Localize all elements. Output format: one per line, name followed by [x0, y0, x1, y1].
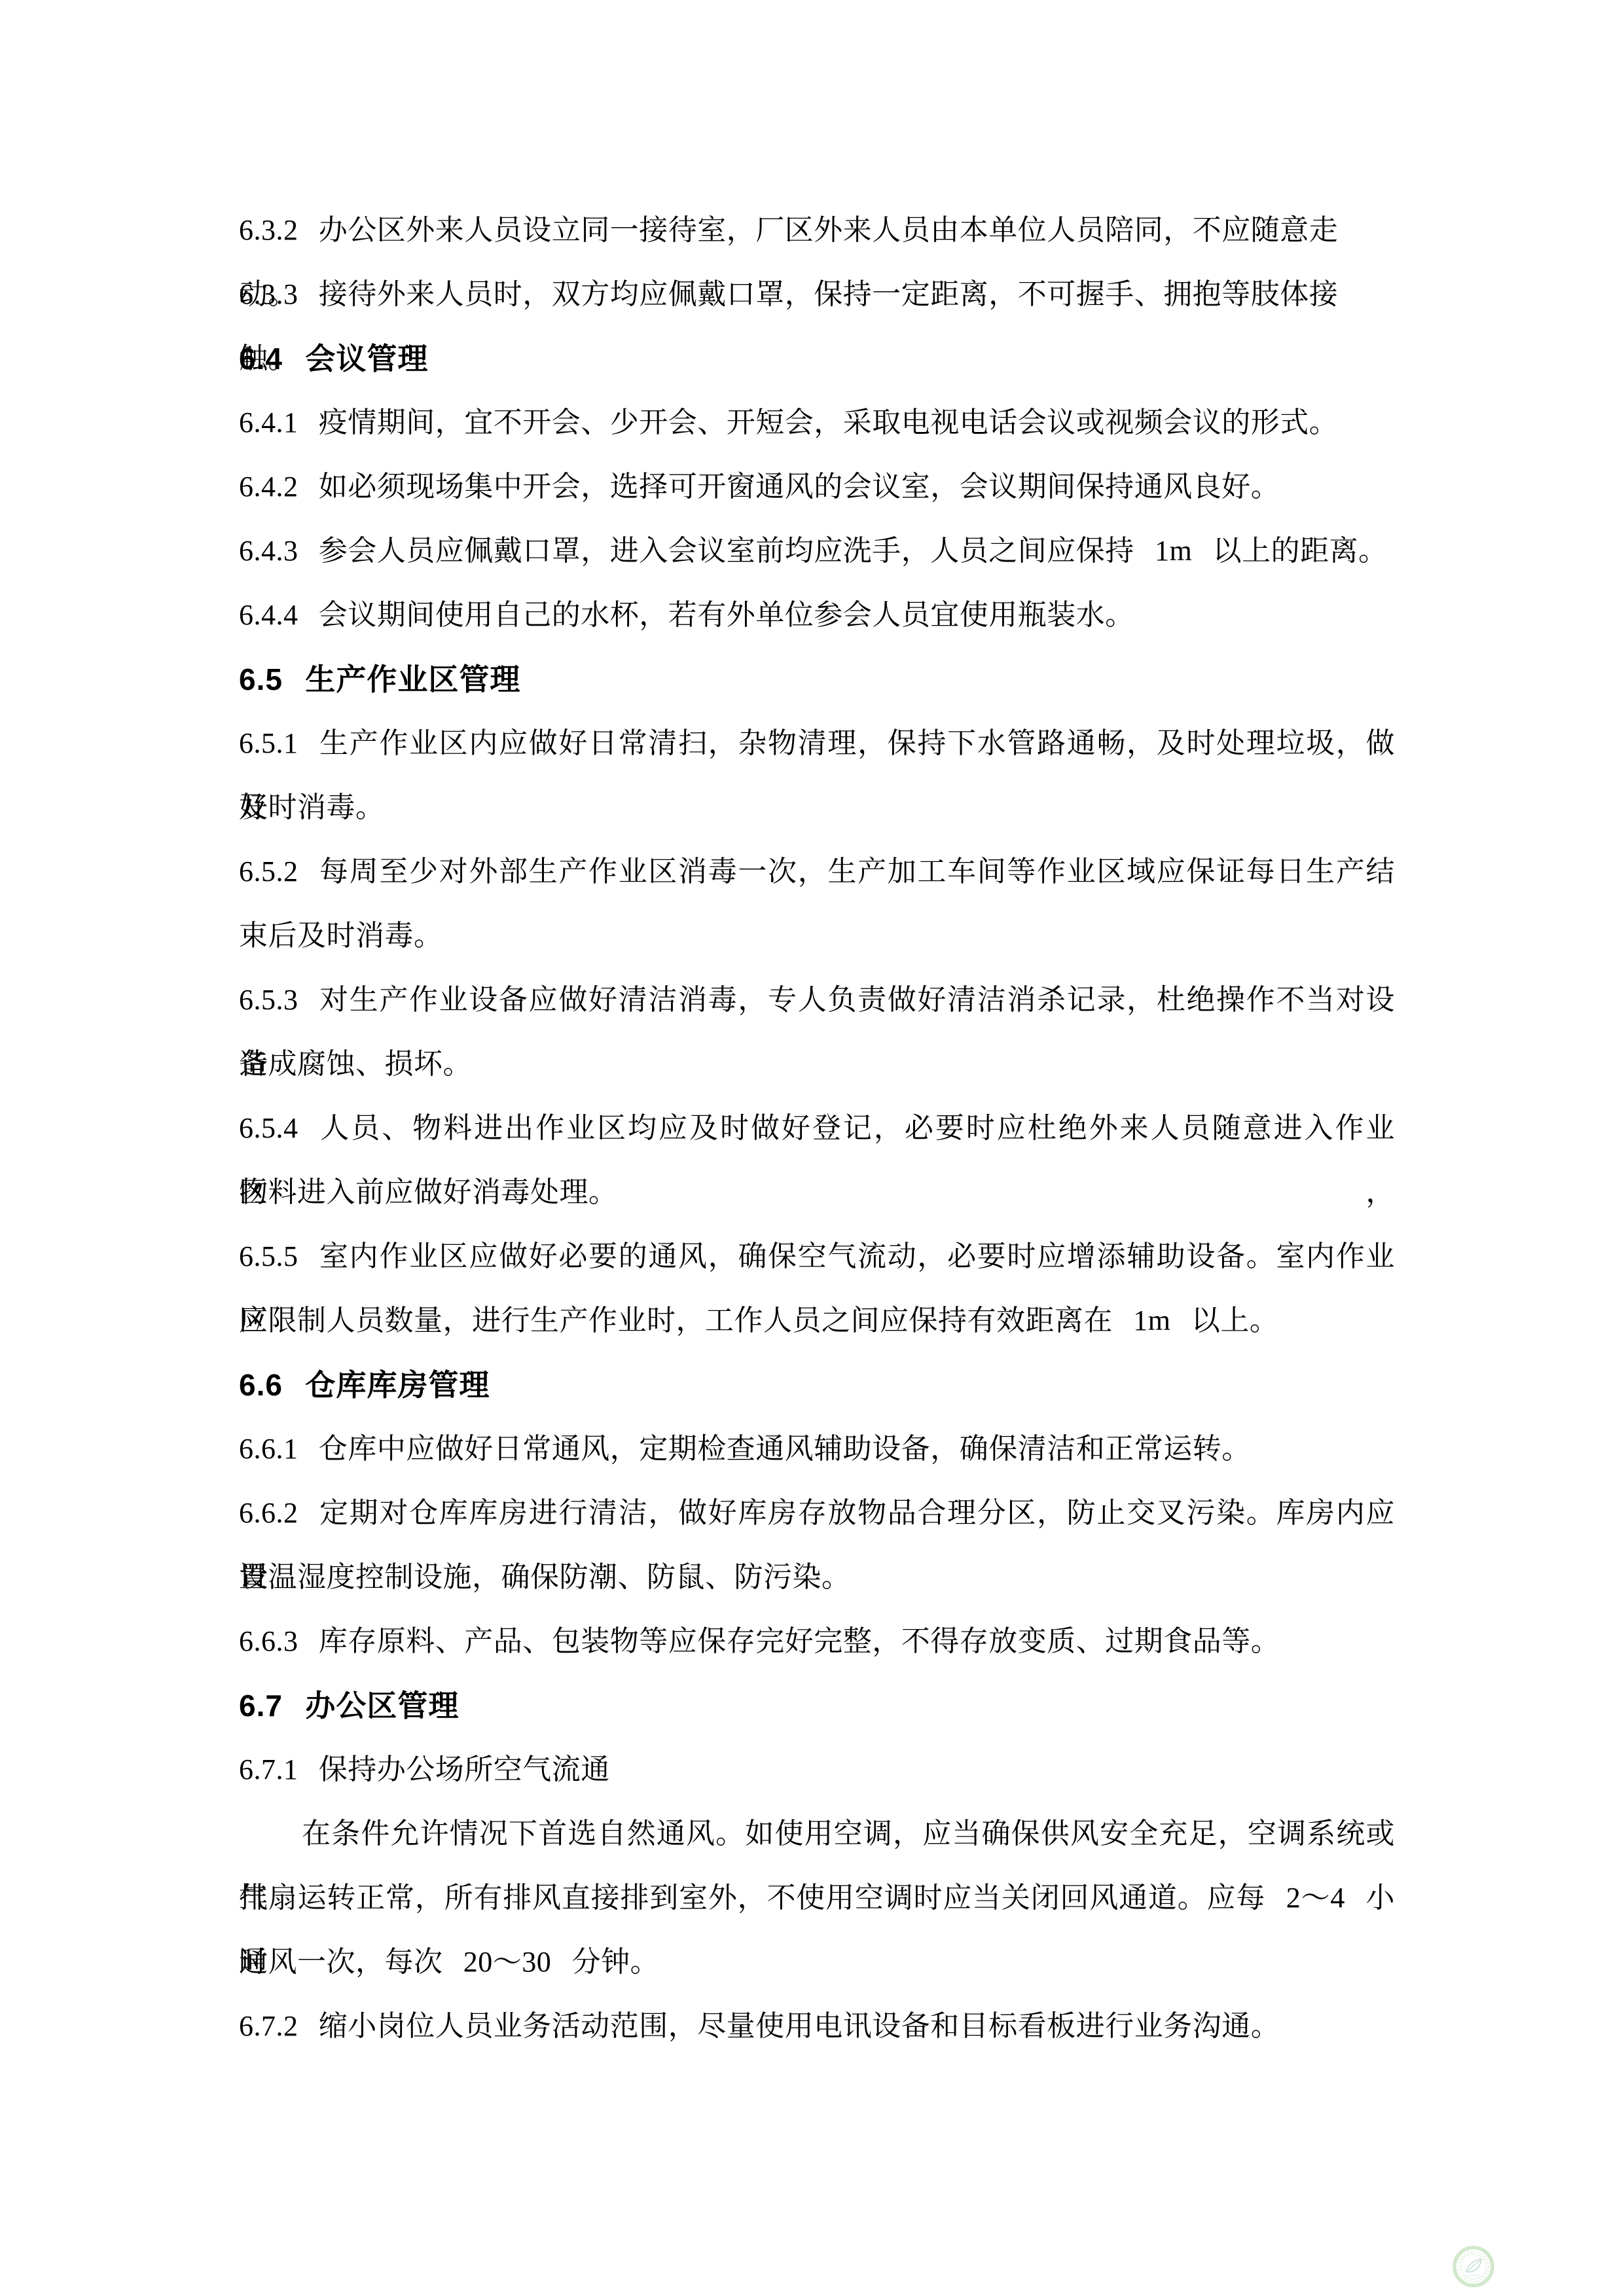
- section-heading: 6.4 会议管理: [239, 327, 1395, 391]
- text-line: 束后及时消毒。: [239, 904, 1395, 968]
- section-heading: 6.5 生产作业区管理: [239, 647, 1395, 711]
- leaf-stamp-icon: [1452, 2245, 1495, 2288]
- text-line: 6.4.1 疫情期间，宜不开会、少开会、开短会，采取电视电话会议或视频会议的形式…: [239, 391, 1395, 455]
- text-line: 6.6.1 仓库中应做好日常通风，定期检查通风辅助设备，确保清洁和正常运转。: [239, 1417, 1395, 1481]
- text-line: 气扇运转正常，所有排风直接排到室外，不使用空调时应当关闭回风通道。应每 2～4 …: [239, 1866, 1395, 1930]
- text-line: 6.7.1 保持办公场所空气流通: [239, 1738, 1395, 1802]
- text-line: 及时消毒。: [239, 776, 1395, 840]
- text-line: 置温湿度控制设施，确保防潮、防鼠、防污染。: [239, 1545, 1395, 1609]
- document-body: 6.3.2 办公区外来人员设立同一接待室，厂区外来人员由本单位人员陪同，不应随意…: [239, 198, 1395, 2058]
- text-line: 通风一次，每次 20～30 分钟。: [239, 1930, 1395, 1994]
- text-line: 6.4.4 会议期间使用自己的水杯，若有外单位参会人员宜使用瓶装水。: [239, 583, 1395, 647]
- text-line: 6.3.2 办公区外来人员设立同一接待室，厂区外来人员由本单位人员陪同，不应随意…: [239, 198, 1395, 262]
- text-line: 造成腐蚀、损坏。: [239, 1032, 1395, 1096]
- text-line: 6.6.3 库存原料、产品、包装物等应保存完好完整，不得存放变质、过期食品等。: [239, 1609, 1395, 1674]
- section-heading: 6.7 办公区管理: [239, 1674, 1395, 1738]
- text-line: 6.4.3 参会人员应佩戴口罩，进入会议室前均应洗手，人员之间应保持 1m 以上…: [239, 519, 1395, 583]
- text-line: 6.6.2 定期对仓库库房进行清洁，做好库房存放物品合理分区，防止交叉污染。库房…: [239, 1481, 1395, 1545]
- text-line: 6.3.3 接待外来人员时，双方均应佩戴口罩，保持一定距离，不可握手、拥抱等肢体…: [239, 262, 1395, 327]
- text-line: 6.5.4 人员、物料进出作业区均应及时做好登记，必要时应杜绝外来人员随意进入作…: [239, 1096, 1395, 1160]
- section-heading: 6.6 仓库库房管理: [239, 1353, 1395, 1417]
- text-line: 6.7.2 缩小岗位人员业务活动范围，尽量使用电讯设备和目标看板进行业务沟通。: [239, 1994, 1395, 2058]
- document-page: 6.3.2 办公区外来人员设立同一接待室，厂区外来人员由本单位人员陪同，不应随意…: [0, 0, 1624, 2296]
- text-line: 6.5.3 对生产作业设备应做好清洁消毒，专人负责做好清洁消杀记录，杜绝操作不当…: [239, 968, 1395, 1032]
- text-line: 6.5.1 生产作业区内应做好日常清扫，杂物清理，保持下水管路通畅，及时处理垃圾…: [239, 711, 1395, 776]
- stamp-watermark: [1452, 2245, 1495, 2288]
- text-line: 6.4.2 如必须现场集中开会，选择可开窗通风的会议室，会议期间保持通风良好。: [239, 455, 1395, 519]
- text-line: 6.5.5 室内作业区应做好必要的通风，确保空气流动，必要时应增添辅助设备。室内…: [239, 1225, 1395, 1289]
- text-line: 应限制人员数量，进行生产作业时，工作人员之间应保持有效距离在 1m 以上。: [239, 1289, 1395, 1353]
- text-line: 在条件允许情况下首选自然通风。如使用空调，应当确保供风安全充足，空调系统或排: [239, 1802, 1395, 1866]
- text-line: 6.5.2 每周至少对外部生产作业区消毒一次，生产加工车间等作业区域应保证每日生…: [239, 840, 1395, 904]
